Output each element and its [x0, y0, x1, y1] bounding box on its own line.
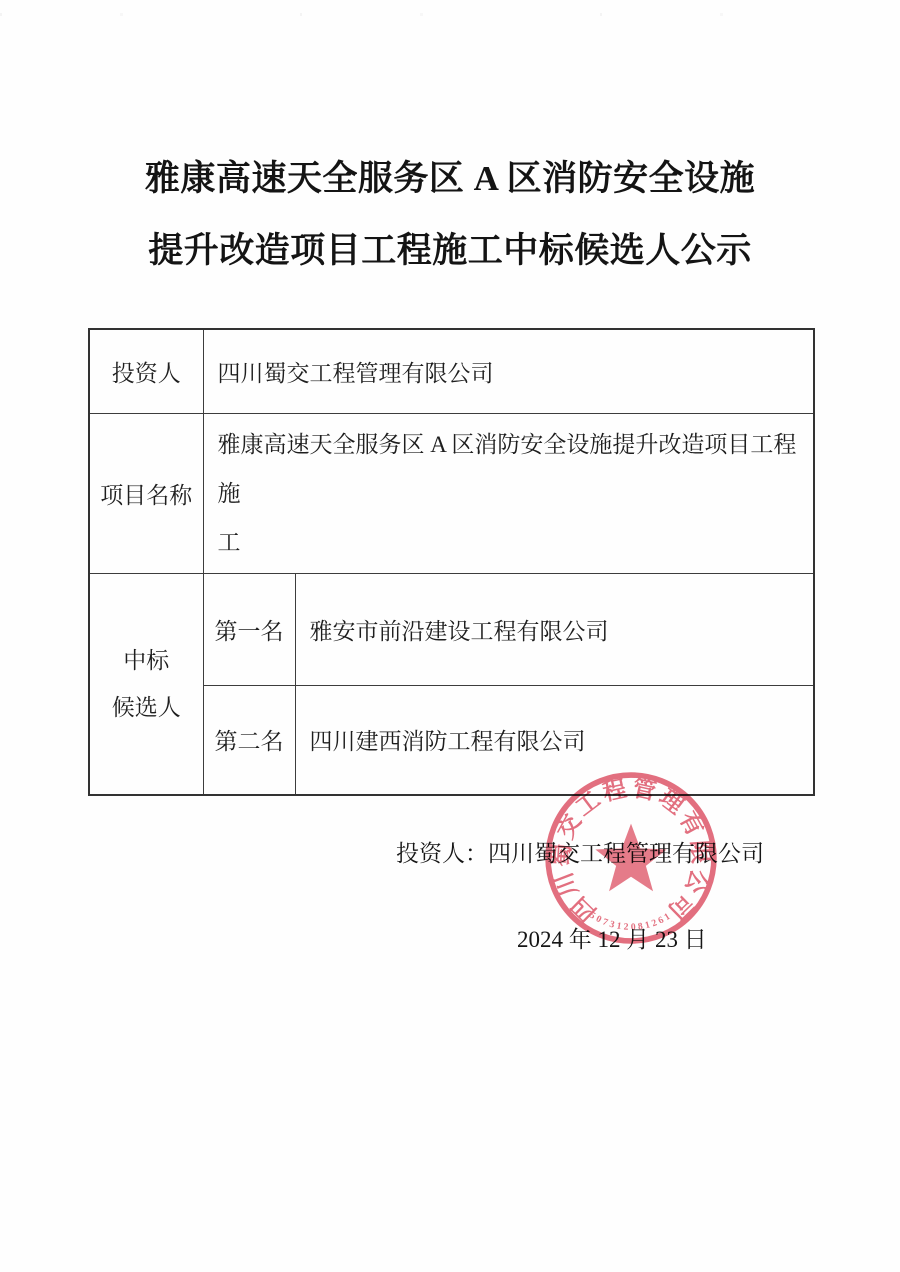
table-row: 投资人 四川蜀交工程管理有限公司	[89, 329, 814, 413]
announcement-table: 投资人 四川蜀交工程管理有限公司 项目名称 雅康高速天全服务区 A 区消防安全设…	[88, 328, 815, 796]
candidates-label: 中标 候选人	[89, 573, 203, 795]
rank-second-company: 四川建西消防工程有限公司	[295, 685, 814, 795]
candidates-label-line2: 候选人	[94, 684, 199, 731]
project-name-label: 项目名称	[89, 413, 203, 573]
rank-second-label: 第二名	[203, 685, 295, 795]
table-row: 中标 候选人 第一名 雅安市前沿建设工程有限公司	[89, 573, 814, 685]
rank-first-label: 第一名	[203, 573, 295, 685]
table-row: 项目名称 雅康高速天全服务区 A 区消防安全设施提升改造项目工程施 工	[89, 413, 814, 573]
investor-value: 四川蜀交工程管理有限公司	[203, 329, 814, 413]
document-page: 雅康高速天全服务区 A 区消防安全设施 提升改造项目工程施工中标候选人公示 投资…	[0, 0, 900, 1272]
document-title-line2: 提升改造项目工程施工中标候选人公示	[0, 223, 900, 273]
footer-date-line: 2024 年 12 月 23 日	[517, 921, 707, 954]
footer-investor-line: 投资人：四川蜀交工程管理有限公司	[396, 835, 764, 868]
rank-first-company: 雅安市前沿建设工程有限公司	[295, 573, 814, 685]
candidates-label-line1: 中标	[94, 637, 199, 684]
investor-label: 投资人	[89, 329, 203, 413]
document-title-line1: 雅康高速天全服务区 A 区消防安全设施	[0, 151, 900, 201]
scan-artifact	[0, 13, 900, 16]
project-name-value: 雅康高速天全服务区 A 区消防安全设施提升改造项目工程施 工	[203, 413, 814, 573]
